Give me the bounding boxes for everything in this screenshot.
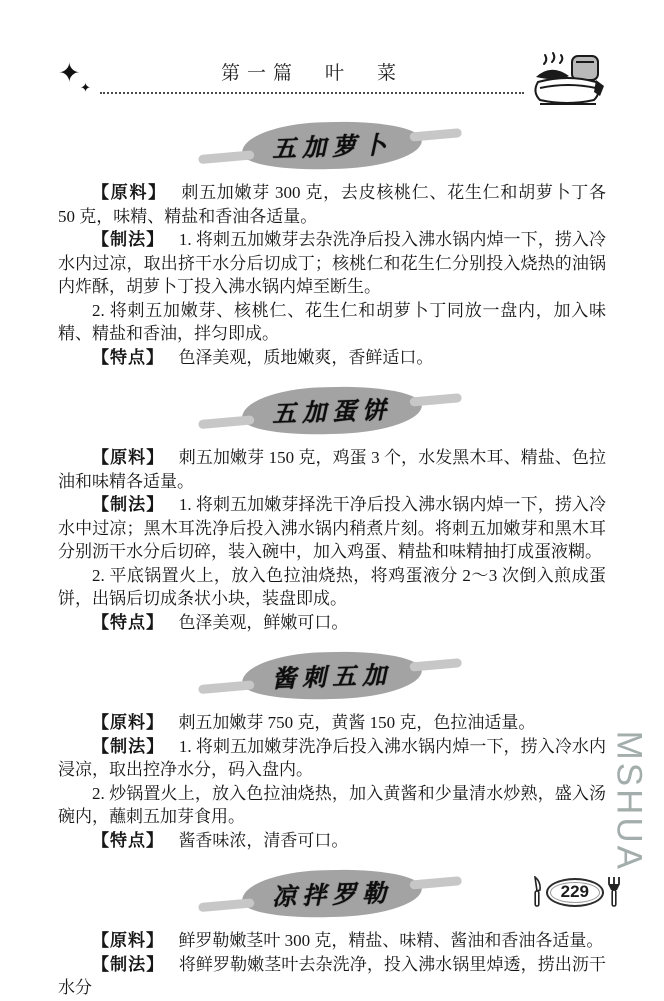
features-paragraph: 【特点】色泽美观，鲜嫩可口。 bbox=[58, 611, 606, 635]
section-label: 【特点】 bbox=[92, 831, 164, 850]
method-paragraph: 【制法】将鲜罗勒嫩茎叶去杂洗净，投入沸水锅里焯透，捞出沥干水分 bbox=[58, 953, 606, 1000]
section-label: 【特点】 bbox=[92, 613, 164, 632]
method-step-1: 【制法】1. 将刺五加嫩芽择洗干净后投入沸水锅内焯一下，捞入冷水中过凉；黑木耳洗… bbox=[58, 493, 606, 564]
recipe-title-banner: 五加萝卜 bbox=[0, 122, 664, 169]
section-label: 【原料】 bbox=[92, 183, 167, 202]
method-step-1: 【制法】1. 将刺五加嫩芽洗净后投入沸水锅内焯一下，捞入冷水内浸凉，取出控净水分… bbox=[58, 735, 606, 782]
section-text: 酱香味浓，清香可口。 bbox=[178, 831, 348, 850]
section-label: 【原料】 bbox=[92, 448, 164, 467]
recipe-title: 五加萝卜 bbox=[272, 133, 393, 163]
section-text: 鲜罗勒嫩茎叶 300 克，精盐、味精、酱油和香油各适量。 bbox=[178, 931, 603, 950]
part-title: 第一篇 叶 菜 bbox=[221, 63, 403, 84]
recipe-body: 【原料】刺五加嫩芽 750 克，黄酱 150 克，色拉油适量。 【制法】1. 将… bbox=[0, 711, 664, 852]
section-label: 【制法】 bbox=[92, 737, 164, 756]
method-step-2: 2. 炒锅置火上，放入色拉油烧热，加入黄酱和少量清水炒熟，盛入汤碗内，蘸刺五加芽… bbox=[58, 782, 606, 829]
recipe-title: 五加蛋饼 bbox=[272, 398, 393, 428]
section-text: 2. 平底锅置火上，放入色拉油烧热，将鸡蛋液分 2～3 次倒入煎成蛋饼，出锅后切… bbox=[58, 566, 606, 609]
page-number-plate: 229 bbox=[530, 876, 622, 908]
section-text: 色泽美观，质地嫩爽，香鲜适口。 bbox=[178, 348, 433, 367]
sparkle-small-icon: ✦ bbox=[80, 82, 91, 95]
recipe-body: 【原料】刺五加嫩芽 150 克，鸡蛋 3 个，水发黑木耳、精盐、色拉油和味精各适… bbox=[0, 446, 664, 634]
recipe-title-banner: 酱刺五加 bbox=[0, 652, 664, 699]
ingredients-paragraph: 【原料】刺五加嫩芽 150 克，鸡蛋 3 个，水发黑木耳、精盐、色拉油和味精各适… bbox=[58, 446, 606, 493]
section-label: 【制法】 bbox=[92, 955, 164, 974]
watermark: MSHUA bbox=[608, 731, 648, 872]
section-label: 【特点】 bbox=[92, 348, 164, 367]
recipe-wujia-luobo: 五加萝卜 【原料】刺五加嫩芽 300 克，去皮核桃仁、花生仁和胡萝卜丁各 50 … bbox=[0, 122, 664, 369]
brush-stroke: 五加蛋饼 bbox=[241, 384, 423, 437]
brush-stroke: 五加萝卜 bbox=[241, 119, 423, 172]
recipe-title: 酱刺五加 bbox=[272, 663, 393, 693]
method-step-2: 2. 将刺五加嫩芽、核桃仁、花生仁和胡萝卜丁同放一盘内，加入味精、精盐和香油，拌… bbox=[58, 299, 606, 346]
recipe-body: 【原料】鲜罗勒嫩茎叶 300 克，精盐、味精、酱油和香油各适量。 【制法】将鲜罗… bbox=[0, 929, 664, 1000]
features-paragraph: 【特点】酱香味浓，清香可口。 bbox=[58, 829, 606, 853]
recipe-wujia-danbing: 五加蛋饼 【原料】刺五加嫩芽 150 克，鸡蛋 3 个，水发黑木耳、精盐、色拉油… bbox=[0, 387, 664, 634]
recipe-jiang-ci-wujia: 酱刺五加 【原料】刺五加嫩芽 750 克，黄酱 150 克，色拉油适量。 【制法… bbox=[0, 652, 664, 852]
sparkle-large-icon: ✦ bbox=[58, 60, 81, 87]
section-text: 2. 炒锅置火上，放入色拉油烧热，加入黄酱和少量清水炒熟，盛入汤碗内，蘸刺五加芽… bbox=[58, 784, 606, 827]
features-paragraph: 【特点】色泽美观，质地嫩爽，香鲜适口。 bbox=[58, 346, 606, 370]
section-label: 【原料】 bbox=[92, 931, 164, 950]
section-label: 【原料】 bbox=[92, 713, 164, 732]
header-rule: 第一篇 叶 菜 bbox=[100, 58, 524, 94]
page-header: ✦ ✦ 第一篇 叶 菜 bbox=[56, 46, 608, 104]
ingredients-paragraph: 【原料】刺五加嫩芽 750 克，黄酱 150 克，色拉油适量。 bbox=[58, 711, 606, 735]
section-label: 【制法】 bbox=[92, 230, 164, 249]
ingredients-paragraph: 【原料】刺五加嫩芽 300 克，去皮核桃仁、花生仁和胡萝卜丁各 50 克，味精、… bbox=[58, 181, 606, 228]
section-label: 【制法】 bbox=[92, 495, 164, 514]
knife-icon bbox=[530, 876, 544, 908]
method-step-1: 【制法】1. 将刺五加嫩芽去杂洗净后投入沸水锅内焯一下，捞入冷水内过凉，取出挤干… bbox=[58, 228, 606, 299]
section-text: 色泽美观，鲜嫩可口。 bbox=[178, 613, 348, 632]
recipe-body: 【原料】刺五加嫩芽 300 克，去皮核桃仁、花生仁和胡萝卜丁各 50 克，味精、… bbox=[0, 181, 664, 369]
plate-oval: 229 bbox=[546, 878, 604, 907]
ingredients-paragraph: 【原料】鲜罗勒嫩茎叶 300 克，精盐、味精、酱油和香油各适量。 bbox=[58, 929, 606, 953]
section-text: 刺五加嫩芽 750 克，黄酱 150 克，色拉油适量。 bbox=[178, 713, 535, 732]
fork-icon bbox=[606, 876, 622, 908]
recipe-title-banner: 五加蛋饼 bbox=[0, 387, 664, 434]
recipe-title: 凉拌罗勒 bbox=[272, 881, 393, 911]
brush-stroke: 酱刺五加 bbox=[241, 649, 423, 702]
page-number: 229 bbox=[561, 882, 589, 901]
sparkle-icon: ✦ ✦ bbox=[56, 60, 100, 104]
method-step-2: 2. 平底锅置火上，放入色拉油烧热，将鸡蛋液分 2～3 次倒入煎成蛋饼，出锅后切… bbox=[58, 564, 606, 611]
food-illustration-icon bbox=[530, 50, 608, 110]
section-text: 2. 将刺五加嫩芽、核桃仁、花生仁和胡萝卜丁同放一盘内，加入味精、精盐和香油，拌… bbox=[58, 301, 606, 344]
brush-stroke: 凉拌罗勒 bbox=[241, 867, 423, 920]
book-page: ✦ ✦ 第一篇 叶 菜 bbox=[0, 0, 664, 1001]
